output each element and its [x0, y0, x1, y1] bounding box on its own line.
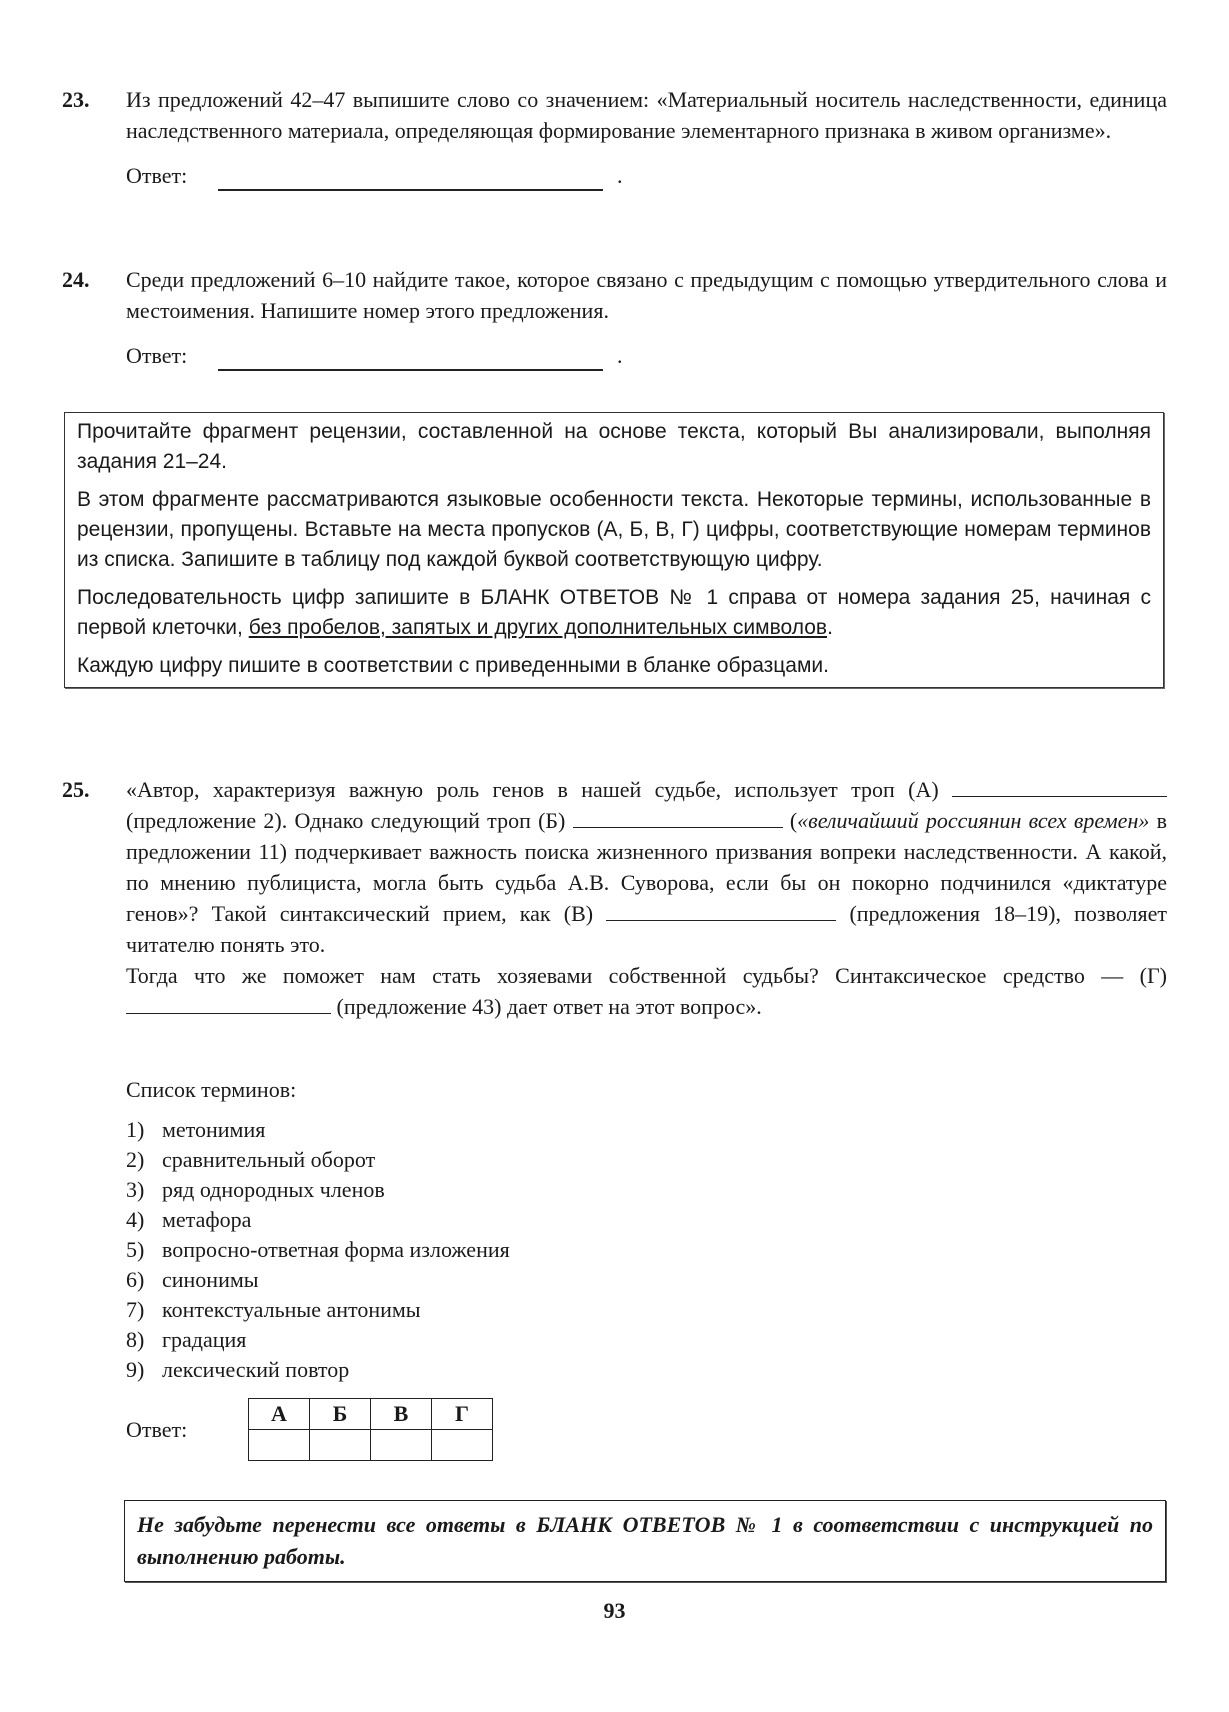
- answer-cell[interactable]: [310, 1430, 371, 1461]
- term-item: 6)синонимы: [126, 1265, 510, 1295]
- term-number: 5): [126, 1235, 162, 1265]
- task-23: 23. Из предложений 42–47 выпишите слово …: [62, 84, 1167, 191]
- answer-column-header: Г: [432, 1399, 493, 1430]
- answer-row: Ответ: .: [126, 340, 1167, 371]
- terms-title: Список терминов:: [126, 1075, 510, 1105]
- answer-column-header: В: [371, 1399, 432, 1430]
- answer-table: АБВГ: [248, 1398, 493, 1461]
- answer-label: Ответ:: [126, 340, 218, 371]
- task-number: 23.: [62, 84, 122, 115]
- reminder-box: Не забудьте перенести все ответы в БЛАНК…: [124, 1500, 1166, 1582]
- answer-field-23[interactable]: [218, 167, 603, 191]
- term-item: 1)метонимия: [126, 1115, 510, 1145]
- gap-b[interactable]: [573, 807, 783, 828]
- term-number: 8): [126, 1325, 162, 1355]
- term-number: 9): [126, 1355, 162, 1385]
- review-quote: «величайший россиянин всех времен»: [797, 808, 1149, 833]
- term-number: 2): [126, 1145, 162, 1175]
- term-number: 7): [126, 1295, 162, 1325]
- instructions-p3-underlined: без пробелов, запятых и других дополните…: [249, 616, 827, 639]
- review-fragment: «Автор, характеризуя важную роль генов в…: [126, 774, 1167, 1022]
- task-text: Из предложений 42–47 выпишите слово со з…: [126, 84, 1167, 146]
- answer-table-row: Ответ: АБВГ: [126, 1398, 493, 1461]
- instructions-p2: В этом фрагменте рассматриваются языковы…: [77, 485, 1151, 575]
- term-item: 8)градация: [126, 1325, 510, 1355]
- gap-v[interactable]: [606, 900, 836, 921]
- instructions-p4: Каждую цифру пишите в соответствии с при…: [77, 651, 1151, 681]
- answer-column-header: А: [249, 1399, 310, 1430]
- term-label: градация: [162, 1325, 246, 1355]
- term-label: лексический повтор: [162, 1355, 349, 1385]
- term-item: 2)сравнительный оборот: [126, 1145, 510, 1175]
- task-25: 25. «Автор, характеризуя важную роль ген…: [62, 774, 1167, 1022]
- task-24: 24. Среди предложений 6–10 найдите такое…: [62, 264, 1167, 371]
- term-label: синонимы: [162, 1265, 259, 1295]
- gap-a[interactable]: [952, 776, 1167, 797]
- instructions-p1: Прочитайте фрагмент рецензии, составленн…: [77, 417, 1151, 477]
- term-item: 4)метафора: [126, 1205, 510, 1235]
- term-item: 7)контекстуальные антонимы: [126, 1295, 510, 1325]
- term-item: 3)ряд однородных членов: [126, 1175, 510, 1205]
- term-number: 3): [126, 1175, 162, 1205]
- answer-period: .: [617, 340, 623, 371]
- answer-row: Ответ: .: [126, 160, 1167, 191]
- terms-items: 1)метонимия2)сравнительный оборот3)ряд о…: [126, 1115, 510, 1385]
- term-item: 5)вопросно-ответная форма изложения: [126, 1235, 510, 1265]
- term-label: метонимия: [162, 1115, 265, 1145]
- review-text: (предложение 2). Однако следующий троп (…: [126, 808, 565, 833]
- term-label: сравнительный оборот: [162, 1145, 375, 1175]
- term-number: 4): [126, 1205, 162, 1235]
- term-label: метафора: [162, 1205, 251, 1235]
- instructions-p3-end: .: [827, 616, 833, 639]
- task-number: 25.: [62, 774, 122, 805]
- answer-column-header: Б: [310, 1399, 371, 1430]
- term-item: 9)лексический повтор: [126, 1355, 510, 1385]
- instructions-p3: Последовательность цифр запишите в БЛАНК…: [77, 583, 1151, 643]
- answer-field-24[interactable]: [218, 347, 603, 371]
- term-number: 6): [126, 1265, 162, 1295]
- term-label: контекстуальные антонимы: [162, 1295, 421, 1325]
- task-number: 24.: [62, 264, 122, 295]
- answer-cell[interactable]: [371, 1430, 432, 1461]
- review-text: «Автор, характеризуя важную роль генов в…: [126, 777, 939, 802]
- answer-label: Ответ:: [126, 160, 218, 191]
- answer-cell[interactable]: [249, 1430, 310, 1461]
- term-label: ряд однородных членов: [162, 1175, 385, 1205]
- gap-g[interactable]: [126, 993, 331, 1014]
- term-label: вопросно-ответная форма изложения: [162, 1235, 510, 1265]
- instructions-box: Прочитайте фрагмент рецензии, составленн…: [64, 412, 1164, 688]
- answer-label: Ответ:: [126, 1417, 248, 1443]
- review-text: Тогда что же поможет нам стать хозяевами…: [126, 963, 1167, 988]
- page-number: 93: [0, 1598, 1229, 1624]
- review-text: (предложение 43) дает ответ на этот вопр…: [337, 994, 762, 1019]
- answer-cell[interactable]: [432, 1430, 493, 1461]
- terms-list: Список терминов: 1)метонимия2)сравнитель…: [126, 1075, 510, 1385]
- term-number: 1): [126, 1115, 162, 1145]
- answer-period: .: [617, 160, 623, 191]
- task-text: Среди предложений 6–10 найдите такое, ко…: [126, 264, 1167, 326]
